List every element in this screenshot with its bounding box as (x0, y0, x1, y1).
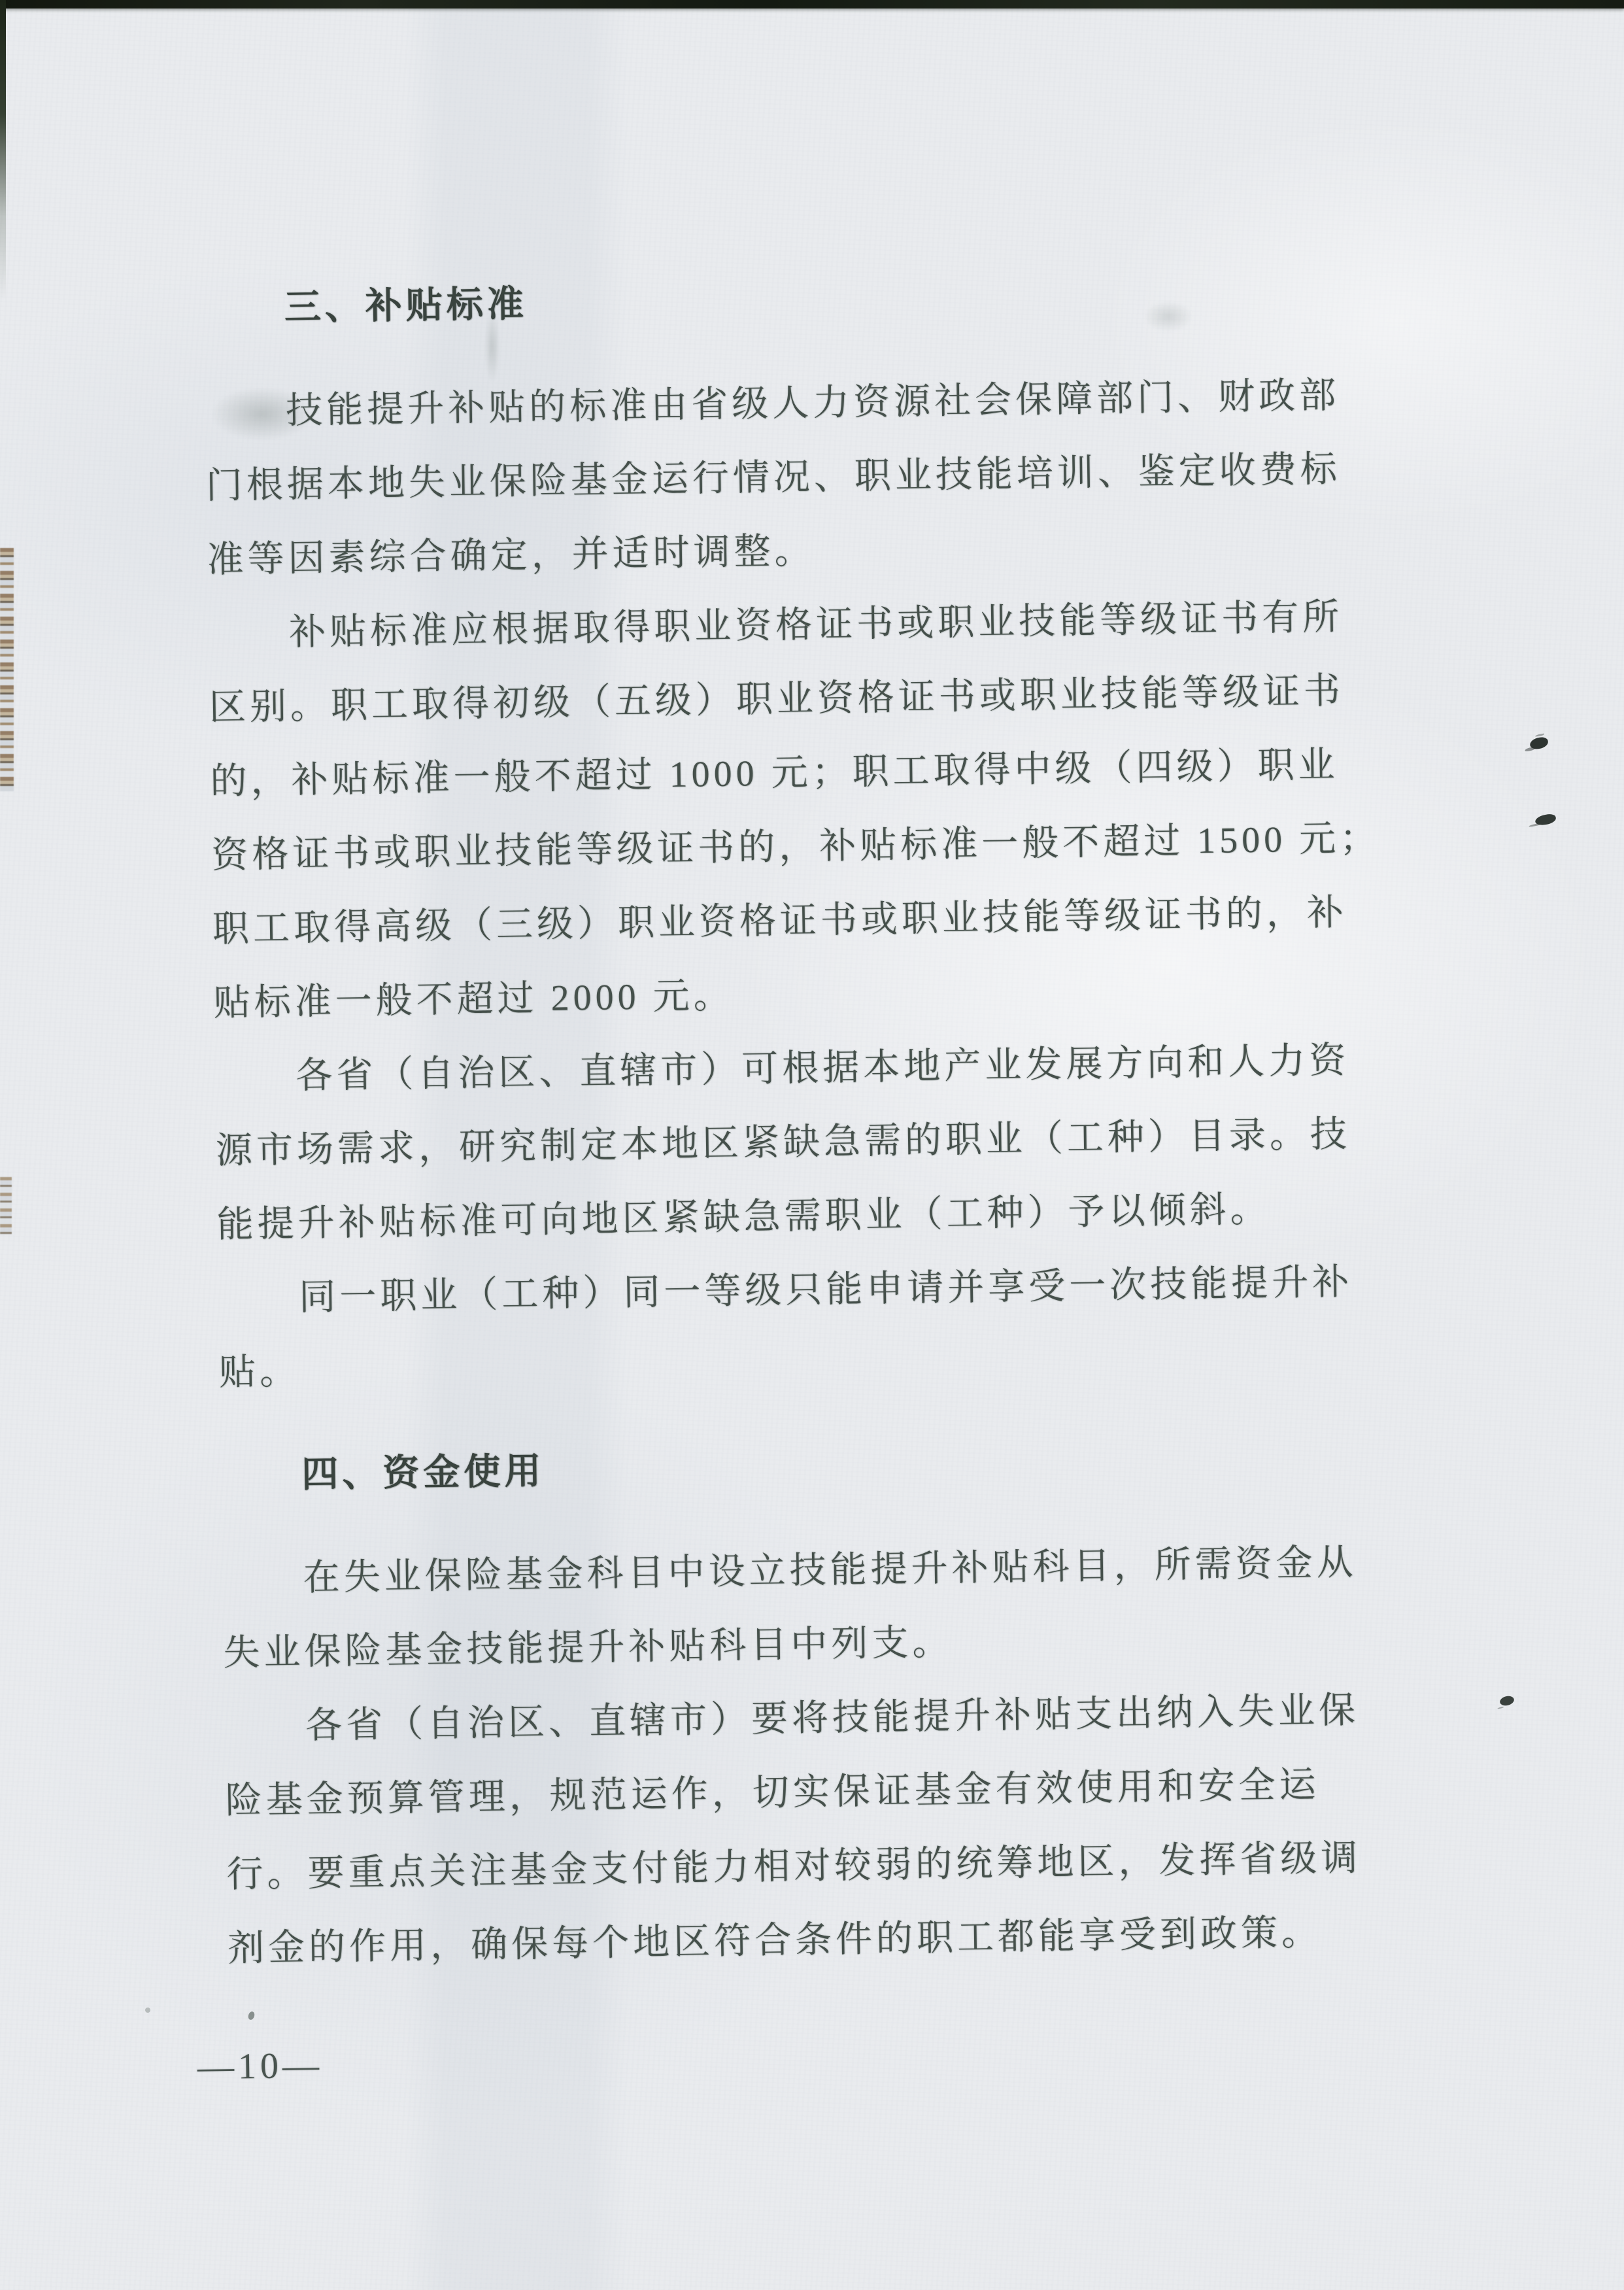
scan-noise-strip-upper (0, 548, 14, 791)
scanned-document-page: 三、补贴标准 技能提升补贴的标准由省级人力资源社会保障部门、财政部 门根据本地失… (0, 0, 1624, 2290)
section-heading: 三、补贴标准 (203, 256, 1341, 347)
ink-fleck (145, 2008, 150, 2013)
page-number: —10— (197, 2045, 324, 2089)
document-content: 三、补贴标准 技能提升补贴的标准由省级人力资源社会保障部门、财政部 门根据本地失… (202, 226, 1365, 1987)
section-heading: 四、资金使用 (220, 1423, 1359, 1514)
scan-left-edge-strip (0, 0, 6, 301)
scan-top-band (0, 0, 1624, 9)
scan-noise-strip-lower (0, 1177, 12, 1235)
